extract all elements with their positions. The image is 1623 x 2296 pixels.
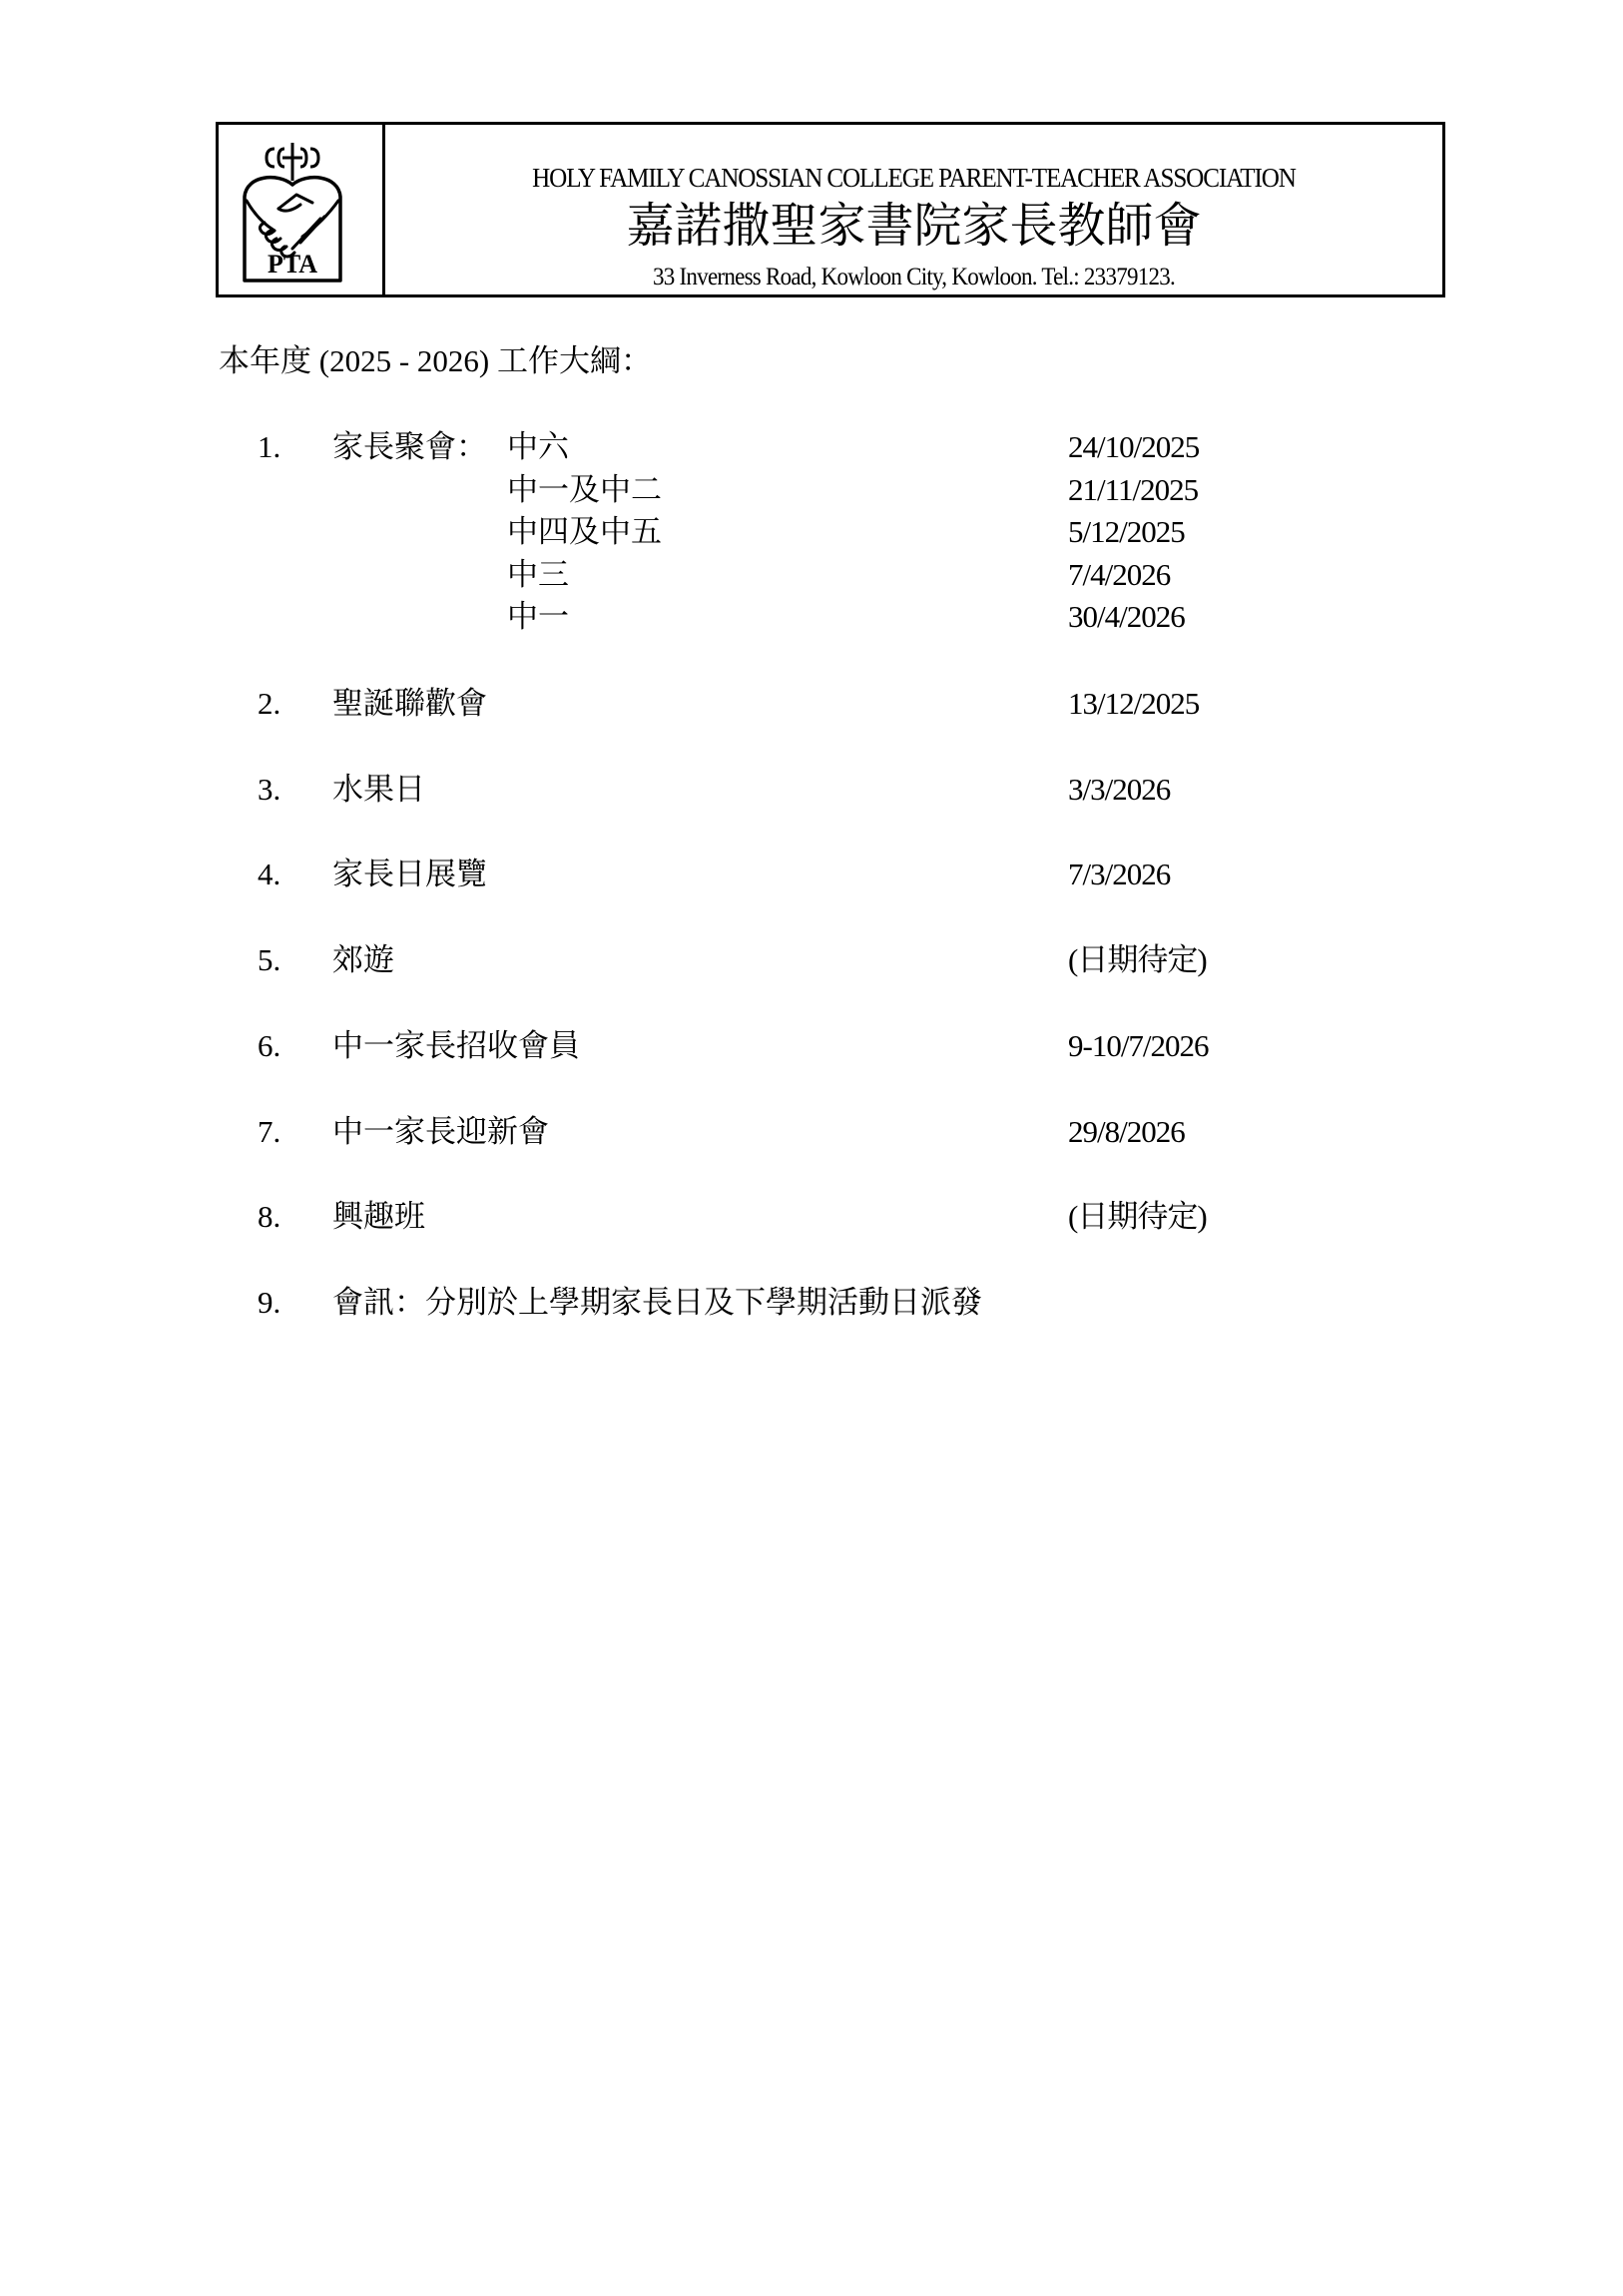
sub-item-row: 中一及中二 21/11/2025 (0, 470, 1623, 510)
item-date: 7/4/2026 (1068, 555, 1170, 595)
item-number: 7. (258, 1112, 280, 1152)
item-date: (日期待定) (1068, 940, 1207, 980)
item-number: 3. (258, 770, 280, 810)
sub-item-label: 中三 (507, 555, 569, 595)
item-number: 2. (258, 684, 280, 724)
list-item: 5. 郊遊 (日期待定) (0, 940, 1623, 980)
list-item: 9. 會訊：分別於上學期家長日及下學期活動日派發 (0, 1283, 1623, 1323)
item-number: 5. (258, 940, 280, 980)
item-date: 13/12/2025 (1068, 684, 1199, 724)
item-date: (日期待定) (1068, 1197, 1207, 1237)
item-label: 中一家長迎新會 (332, 1112, 549, 1152)
item-number: 1. (258, 427, 280, 467)
item-date: 21/11/2025 (1068, 470, 1198, 510)
list-item: 1. 家長聚會： 中六 24/10/2025 (0, 427, 1623, 467)
letterhead: PTA HOLY FAMILY CANOSSIAN COLLEGE PARENT… (216, 122, 1445, 297)
item-label: 中一家長招收會員 (332, 1026, 580, 1066)
item-date: 5/12/2025 (1068, 512, 1185, 552)
item-label: 興趣班 (332, 1197, 425, 1237)
sub-item-label: 中一及中二 (507, 470, 662, 510)
title-chinese: 嘉諾撒聖家書院家長教師會 (385, 199, 1442, 255)
list-item: 6. 中一家長招收會員 9-10/7/2026 (0, 1026, 1623, 1066)
item-label: 郊遊 (332, 940, 394, 980)
sub-item-row: 中四及中五 5/12/2025 (0, 512, 1623, 552)
list-item: 2. 聖誕聯歡會 13/12/2025 (0, 684, 1623, 724)
section-heading: 本年度 (2025 - 2026) 工作大綱： (219, 341, 652, 381)
logo-cell: PTA (219, 125, 385, 294)
list-item: 8. 興趣班 (日期待定) (0, 1197, 1623, 1237)
item-date: 29/8/2026 (1068, 1112, 1185, 1152)
title-english: HOLY FAMILY CANOSSIAN COLLEGE PARENT-TEA… (422, 163, 1405, 193)
item-number: 8. (258, 1197, 280, 1237)
item-number: 4. (258, 855, 280, 894)
list-item: 7. 中一家長迎新會 29/8/2026 (0, 1112, 1623, 1152)
sub-item-row: 中三 7/4/2026 (0, 555, 1623, 595)
item-date: 30/4/2026 (1068, 597, 1185, 637)
item-label: 會訊：分別於上學期家長日及下學期活動日派發 (332, 1283, 982, 1323)
item-number: 9. (258, 1283, 280, 1323)
item-label: 家長聚會： (332, 427, 487, 467)
title-cell: HOLY FAMILY CANOSSIAN COLLEGE PARENT-TEA… (385, 125, 1442, 294)
sub-item-label: 中四及中五 (507, 512, 662, 552)
item-date: 9-10/7/2026 (1068, 1026, 1209, 1066)
sub-item-row: 中一 30/4/2026 (0, 597, 1623, 637)
item-date: 7/3/2026 (1068, 855, 1170, 894)
sub-item-label: 中六 (507, 427, 569, 467)
item-label: 家長日展覽 (332, 855, 487, 894)
document-page: PTA HOLY FAMILY CANOSSIAN COLLEGE PARENT… (0, 0, 1623, 2296)
item-number: 6. (258, 1026, 280, 1066)
list-item: 4. 家長日展覽 7/3/2026 (0, 855, 1623, 894)
item-date: 24/10/2025 (1068, 427, 1199, 467)
item-label: 聖誕聯歡會 (332, 684, 487, 724)
item-label: 水果日 (332, 770, 425, 810)
svg-text:PTA: PTA (268, 250, 317, 279)
list-item: 3. 水果日 3/3/2026 (0, 770, 1623, 810)
pta-handshake-heart-logo-icon: PTA (235, 139, 350, 287)
address-line: 33 Inverness Road, Kowloon City, Kowloon… (427, 263, 1399, 292)
item-date: 3/3/2026 (1068, 770, 1170, 810)
sub-item-label: 中一 (507, 597, 569, 637)
